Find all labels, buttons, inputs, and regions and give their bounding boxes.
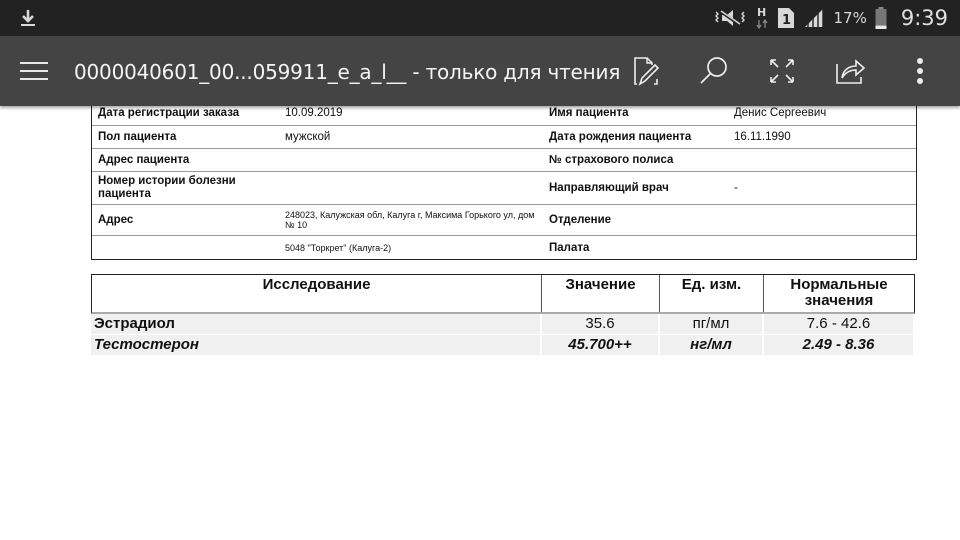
info-value — [728, 205, 914, 235]
fullscreen-icon — [768, 57, 796, 85]
edit-icon — [632, 55, 662, 87]
clock: 9:39 — [901, 6, 948, 30]
info-value: 5048 "Торкрет" (Калуга-2) — [279, 236, 543, 259]
header-normal-range: Нормальные значения — [763, 275, 914, 312]
document-viewport[interactable]: Дата регистрации заказа 10.09.2019 Имя п… — [0, 106, 960, 540]
info-value: - — [728, 172, 914, 204]
result-unit: нг/мл — [660, 335, 762, 355]
status-bar: H 1 17% 9:39 — [0, 0, 960, 36]
info-value: мужской — [279, 126, 543, 148]
info-label: Номер истории болезни пациента — [92, 172, 279, 204]
info-label: Дата рождения пациента — [543, 126, 728, 148]
info-label: Палата — [543, 236, 728, 259]
info-label: Адрес пациента — [92, 149, 279, 171]
share-button[interactable] — [830, 51, 870, 91]
battery-icon — [875, 7, 887, 29]
fullscreen-button[interactable] — [762, 51, 802, 91]
battery-percent: 17% — [833, 9, 866, 27]
download-icon — [18, 8, 38, 28]
result-value: 35.6 — [542, 314, 658, 334]
hamburger-menu-icon[interactable] — [18, 58, 50, 84]
search-icon — [698, 55, 730, 87]
document-title: 0000040601_00...059911_e_a_l__ - только … — [74, 36, 620, 106]
info-value: 16.11.1990 — [728, 126, 914, 148]
status-icons: H 1 17% 9:39 — [713, 0, 948, 36]
header-test: Исследование — [92, 275, 541, 312]
edit-button[interactable] — [627, 51, 667, 91]
info-value — [279, 149, 543, 171]
info-row: Адрес 248023, Калужская обл, Калуга г, М… — [92, 204, 916, 235]
info-row: Дата регистрации заказа 10.09.2019 Имя п… — [92, 106, 916, 125]
sim-1-icon: 1 — [777, 7, 795, 29]
more-options-button[interactable] — [900, 51, 940, 91]
hspa-data-icon: H — [755, 5, 769, 31]
svg-text:H: H — [757, 6, 766, 19]
patient-info-table: Дата регистрации заказа 10.09.2019 Имя п… — [91, 106, 917, 260]
info-value — [728, 236, 914, 259]
app-toolbar: 0000040601_00...059911_e_a_l__ - только … — [0, 36, 960, 106]
more-vert-icon — [915, 56, 925, 86]
info-label: № страхового полиса — [543, 149, 728, 171]
info-label: Адрес — [92, 205, 279, 235]
result-row: Эстрадиол 35.6 пг/мл 7.6 - 42.6 — [91, 314, 915, 334]
info-label: Пол пациента — [92, 126, 279, 148]
info-row: Номер истории болезни пациента Направляю… — [92, 171, 916, 204]
info-row: 5048 "Торкрет" (Калуга-2) Палата — [92, 235, 916, 259]
result-unit: пг/мл — [660, 314, 762, 334]
search-button[interactable] — [694, 51, 734, 91]
info-value — [279, 172, 543, 204]
info-value: Денис Сергеевич — [728, 106, 914, 125]
info-value: 248023, Калужская обл, Калуга г, Максима… — [279, 205, 543, 235]
result-value: 45.700++ — [542, 335, 658, 355]
vibrate-mute-icon — [713, 8, 747, 28]
result-name: Тестостерон — [91, 335, 540, 355]
header-value: Значение — [541, 275, 659, 312]
info-label: Имя пациента — [543, 106, 728, 125]
info-label — [92, 236, 279, 259]
info-row: Пол пациента мужской Дата рождения пацие… — [92, 125, 916, 148]
header-unit: Ед. изм. — [659, 275, 763, 312]
info-value — [728, 149, 914, 171]
info-row: Адрес пациента № страхового полиса — [92, 148, 916, 171]
signal-icon — [803, 8, 825, 28]
info-label: Направляющий врач — [543, 172, 728, 204]
results-table: Исследование Значение Ед. изм. Нормальны… — [91, 274, 915, 355]
result-name: Эстрадиол — [91, 314, 540, 334]
info-label: Дата регистрации заказа — [92, 106, 279, 125]
result-range: 7.6 - 42.6 — [764, 314, 913, 334]
svg-text:1: 1 — [782, 13, 791, 28]
info-value: 10.09.2019 — [279, 106, 543, 125]
info-label: Отделение — [543, 205, 728, 235]
result-range: 2.49 - 8.36 — [764, 335, 913, 355]
share-icon — [834, 56, 866, 86]
result-row: Тестостерон 45.700++ нг/мл 2.49 - 8.36 — [91, 335, 915, 355]
results-header: Исследование Значение Ед. изм. Нормальны… — [91, 274, 915, 314]
